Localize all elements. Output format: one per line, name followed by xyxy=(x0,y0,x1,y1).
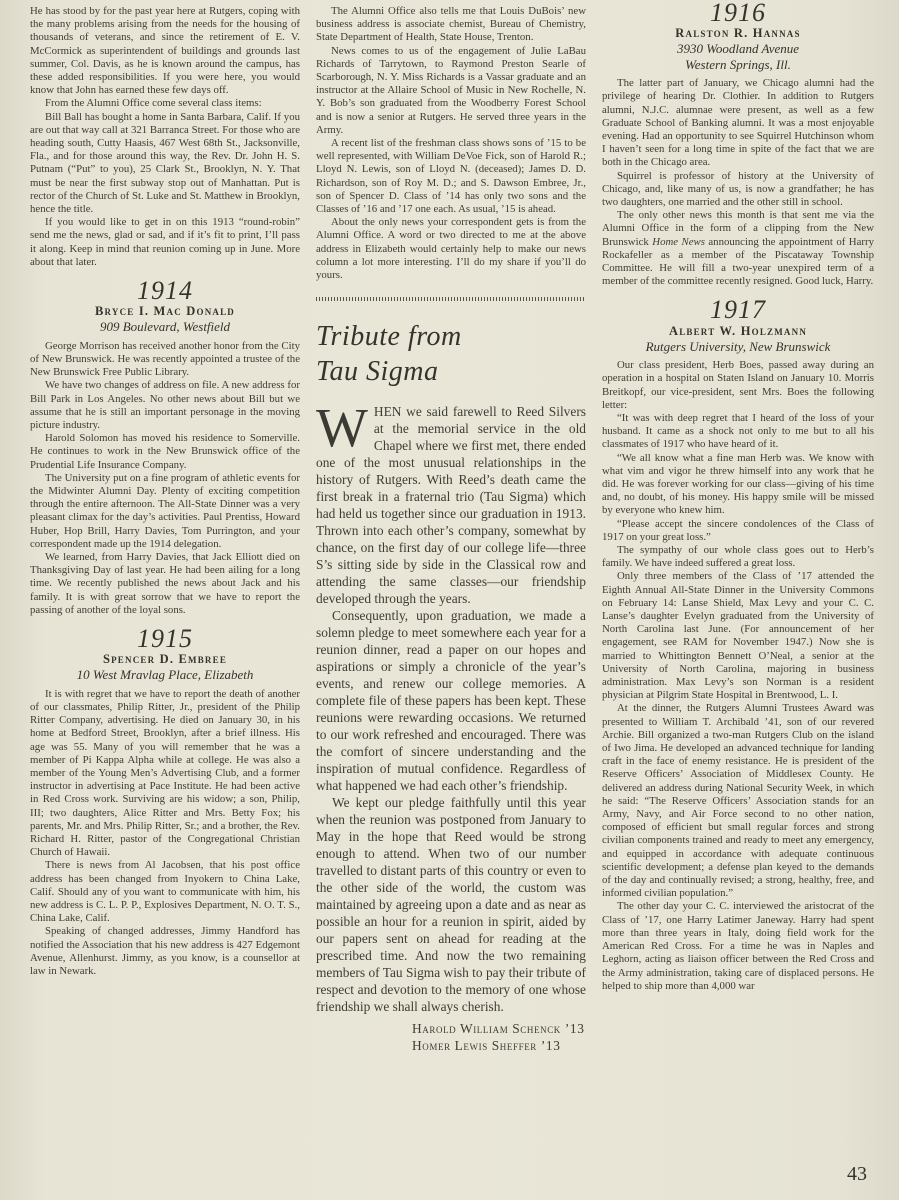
paragraph: The sympathy of our whole class goes out… xyxy=(602,544,874,570)
drop-cap: W xyxy=(316,403,374,449)
paragraph: News comes to us of the engagement of Ju… xyxy=(316,45,586,137)
paragraph: He has stood by for the past year here a… xyxy=(30,5,300,97)
magazine-page: He has stood by for the past year here a… xyxy=(0,0,899,1200)
correspondent-name: Spencer D. Embree xyxy=(30,652,300,666)
home-news-title: Home News xyxy=(652,236,705,248)
paragraph: We kept our pledge faithfully until this… xyxy=(316,794,586,1015)
paragraph: Consequently, upon graduation, we made a… xyxy=(316,607,586,794)
paragraph: “It was with deep regret that I heard of… xyxy=(602,412,874,452)
paragraph: WHEN we said farewell to Reed Silvers at… xyxy=(316,403,586,607)
paragraph: The University put on a fine program of … xyxy=(30,472,300,551)
tribute-title: Tribute fromTau Sigma xyxy=(316,319,586,389)
paragraph: About the only news your correspondent g… xyxy=(316,216,586,282)
tribute-title-line1: Tribute from xyxy=(316,321,462,352)
paragraph: George Morrison has received another hon… xyxy=(30,340,300,380)
correspondent-address: Rutgers University, New Brunswick xyxy=(602,339,874,355)
paragraph: The other day your C. C. interviewed the… xyxy=(602,900,874,992)
paragraph: From the Alumni Office come several clas… xyxy=(30,97,300,110)
paragraph: We have two changes of address on file. … xyxy=(30,379,300,432)
paragraph: The latter part of January, we Chicago a… xyxy=(602,77,874,169)
paragraph: It is with regret that we have to report… xyxy=(30,688,300,860)
paragraph: A recent list of the freshman class show… xyxy=(316,137,586,216)
paragraph: We learned, from Harry Davies, that Jack… xyxy=(30,551,300,617)
address-line2: Western Springs, Ill. xyxy=(685,57,791,72)
correspondent-name: Bryce I. Mac Donald xyxy=(30,304,300,318)
column-right: 1916 Ralston R. Hannas 3930 Woodland Ave… xyxy=(602,0,874,1200)
column-left: He has stood by for the past year here a… xyxy=(30,0,300,1200)
signatures: Harold William Schenck ’13 Homer Lewis S… xyxy=(316,1020,586,1054)
correspondent-name: Ralston R. Hannas xyxy=(602,26,874,40)
correspondent-address: 909 Boulevard, Westfield xyxy=(30,319,300,335)
paragraph: The Alumni Office also tells me that Lou… xyxy=(316,5,586,45)
signature-line: Homer Lewis Sheffer ’13 xyxy=(316,1037,586,1054)
paragraph: Only three members of the Class of ’17 a… xyxy=(602,570,874,702)
section-heading-1915: 1915 xyxy=(30,632,300,645)
paragraph: Bill Ball has bought a home in Santa Bar… xyxy=(30,111,300,217)
section-heading-1916: 1916 xyxy=(602,6,874,19)
paragraph: At the dinner, the Rutgers Alumni Truste… xyxy=(602,702,874,900)
tribute-article: Tribute fromTau Sigma WHEN we said farew… xyxy=(316,319,586,1054)
paragraph: Squirrel is professor of history at the … xyxy=(602,170,874,210)
paragraph: “We all know what a fine man Herb was. W… xyxy=(602,452,874,518)
column-middle: The Alumni Office also tells me that Lou… xyxy=(316,0,586,1200)
paragraph: “Please accept the sincere condolences o… xyxy=(602,518,874,544)
paragraph: If you would like to get in on this 1913… xyxy=(30,216,300,269)
paragraph: The only other news this month is that s… xyxy=(602,209,874,288)
paragraph: Our class president, Herb Boes, passed a… xyxy=(602,359,874,412)
paragraph: There is news from Al Jacobsen, that his… xyxy=(30,859,300,925)
paragraph: Speaking of changed addresses, Jimmy Han… xyxy=(30,925,300,978)
paragraph: Harold Solomon has moved his residence t… xyxy=(30,432,300,472)
signature-line: Harold William Schenck ’13 xyxy=(316,1020,586,1037)
correspondent-address: 10 West Mravlag Place, Elizabeth xyxy=(30,667,300,683)
correspondent-name: Albert W. Holzmann xyxy=(602,324,874,338)
correspondent-address: 3930 Woodland AvenueWestern Springs, Ill… xyxy=(602,41,874,72)
section-heading-1917: 1917 xyxy=(602,303,874,316)
section-divider xyxy=(316,297,586,301)
address-line1: 3930 Woodland Avenue xyxy=(677,41,799,56)
section-heading-1914: 1914 xyxy=(30,284,300,297)
page-number: 43 xyxy=(847,1163,867,1186)
tribute-title-line2: Tau Sigma xyxy=(316,356,439,387)
